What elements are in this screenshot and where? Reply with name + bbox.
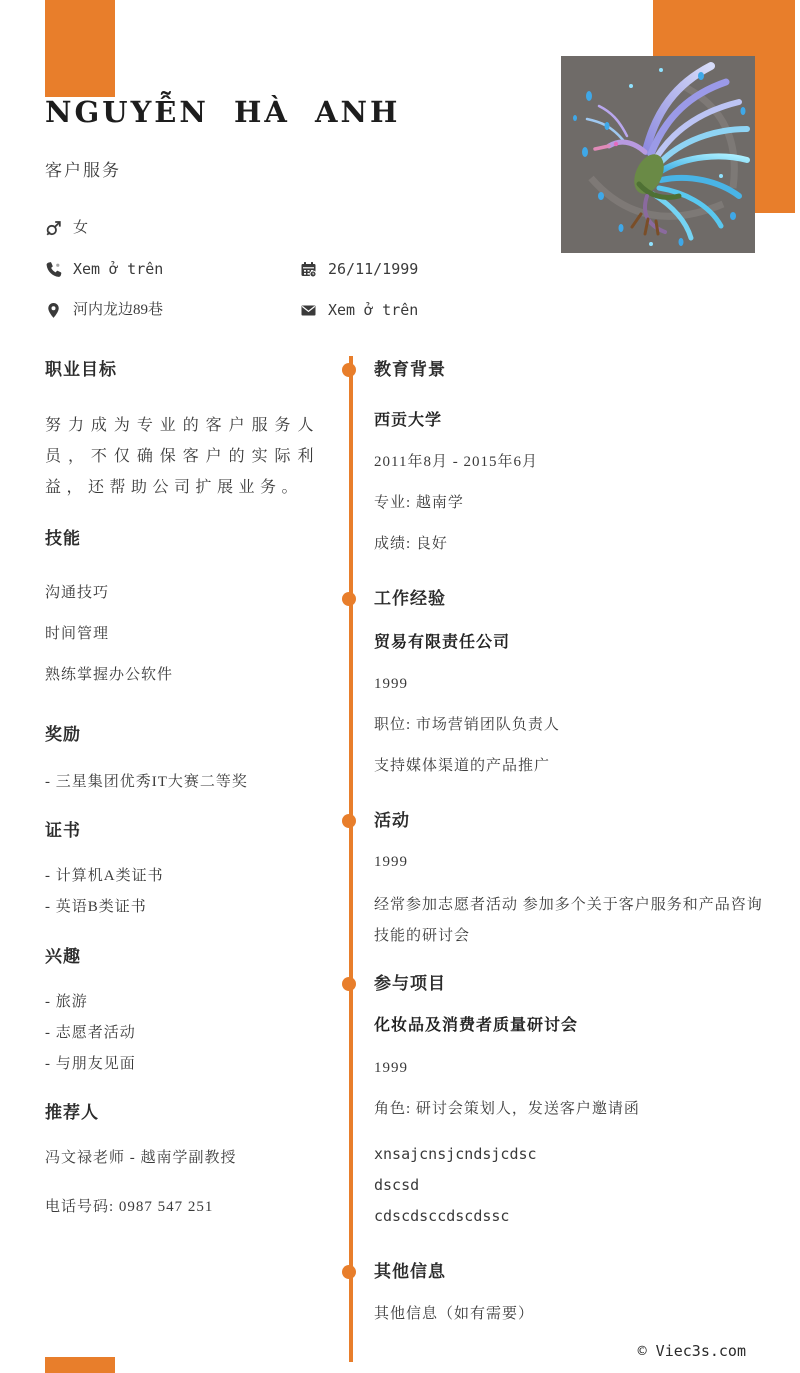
- section-awards: 奖励 - 三星集团优秀IT大赛二等奖: [45, 723, 319, 798]
- list-item: - 志愿者活动: [45, 1018, 319, 1049]
- profile-photo: [561, 56, 755, 253]
- list-item: - 计算机A类证书: [45, 861, 319, 892]
- contact-info: 女 Xem ở trên 26/11/1999: [45, 210, 565, 320]
- section-heading: 参与项目: [374, 972, 766, 996]
- project-note: dscsd: [374, 1170, 766, 1201]
- section-heading: 兴趣: [45, 945, 319, 969]
- list-item: 熟练掌握办公软件: [45, 655, 319, 696]
- list-item: 沟通技巧: [45, 573, 319, 614]
- list-item: - 三星集团优秀IT大赛二等奖: [45, 767, 319, 798]
- activities-description: 经常参加志愿者活动 参加多个关于客户服务和产品咨询技能的研讨会: [374, 890, 766, 952]
- section-heading: 证书: [45, 819, 319, 843]
- gender-value: 女: [73, 218, 88, 238]
- experience-detail: 支持媒体渠道的产品推广: [374, 754, 766, 778]
- project-title: 化妆品及消费者质量研讨会: [374, 1014, 766, 1038]
- timeline-dot: [342, 1265, 356, 1279]
- section-heading: 活动: [374, 809, 766, 833]
- education-grade: 成绩: 良好: [374, 532, 766, 556]
- job-title: 客户服务: [45, 156, 400, 181]
- right-column: 教育背景 西贡大学 2011年8月 - 2015年6月 专业: 越南学 成绩: …: [374, 352, 766, 1326]
- phone-value: Xem ở trên: [73, 259, 163, 279]
- section-heading: 教育背景: [374, 358, 766, 382]
- email-icon: [300, 302, 317, 319]
- section-heading: 其他信息: [374, 1260, 766, 1284]
- section-other-info: 其他信息 其他信息（如有需要）: [374, 1260, 766, 1326]
- experience-period: 1999: [374, 672, 766, 696]
- left-column: 职业目标 努力成为专业的客户服务人员，不仅确保客户的实际利益，还帮助公司扩展业务…: [45, 352, 319, 1223]
- section-heading: 技能: [45, 527, 319, 551]
- timeline-dot: [342, 363, 356, 377]
- list-item: 时间管理: [45, 614, 319, 655]
- objective-text: 努力成为专业的客户服务人员，不仅确保客户的实际利益，还帮助公司扩展业务。: [45, 410, 319, 503]
- section-activities: 活动 1999 经常参加志愿者活动 参加多个关于客户服务和产品咨询技能的研讨会: [374, 809, 766, 952]
- reference-phone: 电话号码: 0987 547 251: [45, 1192, 319, 1223]
- header: NGUYỄN HÀ ANH 客户服务: [45, 94, 400, 181]
- section-certificates: 证书 - 计算机A类证书 - 英语B类证书: [45, 819, 319, 923]
- experience-company: 贸易有限责任公司: [374, 631, 766, 655]
- timeline-line: [349, 356, 353, 1362]
- experience-position: 职位: 市场营销团队负责人: [374, 713, 766, 737]
- list-item: - 英语B类证书: [45, 892, 319, 923]
- gender-icon: [45, 220, 62, 237]
- section-heading: 奖励: [45, 723, 319, 747]
- education-major: 专业: 越南学: [374, 491, 766, 515]
- main-content: 职业目标 努力成为专业的客户服务人员，不仅确保客户的实际利益，还帮助公司扩展业务…: [0, 352, 800, 1373]
- email-value: Xem ở trên: [328, 300, 418, 320]
- timeline-dot: [342, 592, 356, 606]
- site-credit-link[interactable]: © Viec3s.com: [638, 1342, 746, 1360]
- timeline-dot: [342, 814, 356, 828]
- education-school: 西贡大学: [374, 409, 766, 433]
- birthday-value: 26/11/1999: [328, 259, 418, 279]
- list-item: - 旅游: [45, 987, 319, 1018]
- project-period: 1999: [374, 1056, 766, 1080]
- accent-block-top-left: [45, 0, 115, 97]
- location-icon: [45, 302, 62, 319]
- section-education: 教育背景 西贡大学 2011年8月 - 2015年6月 专业: 越南学 成绩: …: [374, 358, 766, 556]
- section-heading: 推荐人: [45, 1101, 319, 1125]
- section-projects: 参与项目 化妆品及消费者质量研讨会 1999 角色: 研讨会策划人，发送客户邀请…: [374, 972, 766, 1232]
- section-heading: 工作经验: [374, 587, 766, 611]
- timeline-dot: [342, 977, 356, 991]
- other-info-text: 其他信息（如有需要）: [374, 1302, 766, 1326]
- activities-period: 1999: [374, 850, 766, 874]
- calendar-icon: [300, 261, 317, 278]
- section-objective: 职业目标 努力成为专业的客户服务人员，不仅确保客户的实际利益，还帮助公司扩展业务…: [45, 358, 319, 503]
- project-role: 角色: 研讨会策划人，发送客户邀请函: [374, 1097, 766, 1121]
- section-experience: 工作经验 贸易有限责任公司 1999 职位: 市场营销团队负责人 支持媒体渠道的…: [374, 587, 766, 778]
- reference-name: 冯文禄老师 - 越南学副教授: [45, 1143, 319, 1174]
- section-references: 推荐人 冯文禄老师 - 越南学副教授 电话号码: 0987 547 251: [45, 1101, 319, 1223]
- section-skills: 技能 沟通技巧 时间管理 熟练掌握办公软件: [45, 527, 319, 696]
- list-item: - 与朋友见面: [45, 1049, 319, 1080]
- education-period: 2011年8月 - 2015年6月: [374, 450, 766, 474]
- section-heading: 职业目标: [45, 358, 319, 382]
- project-note: cdscdsccdscdssc: [374, 1201, 766, 1232]
- phone-icon: [45, 261, 62, 278]
- candidate-name: NGUYỄN HÀ ANH: [45, 94, 400, 130]
- address-value: 河内龙边89巷: [73, 300, 163, 320]
- section-interests: 兴趣 - 旅游 - 志愿者活动 - 与朋友见面: [45, 945, 319, 1080]
- project-note: xnsajcnsjcndsjcdsc: [374, 1139, 766, 1170]
